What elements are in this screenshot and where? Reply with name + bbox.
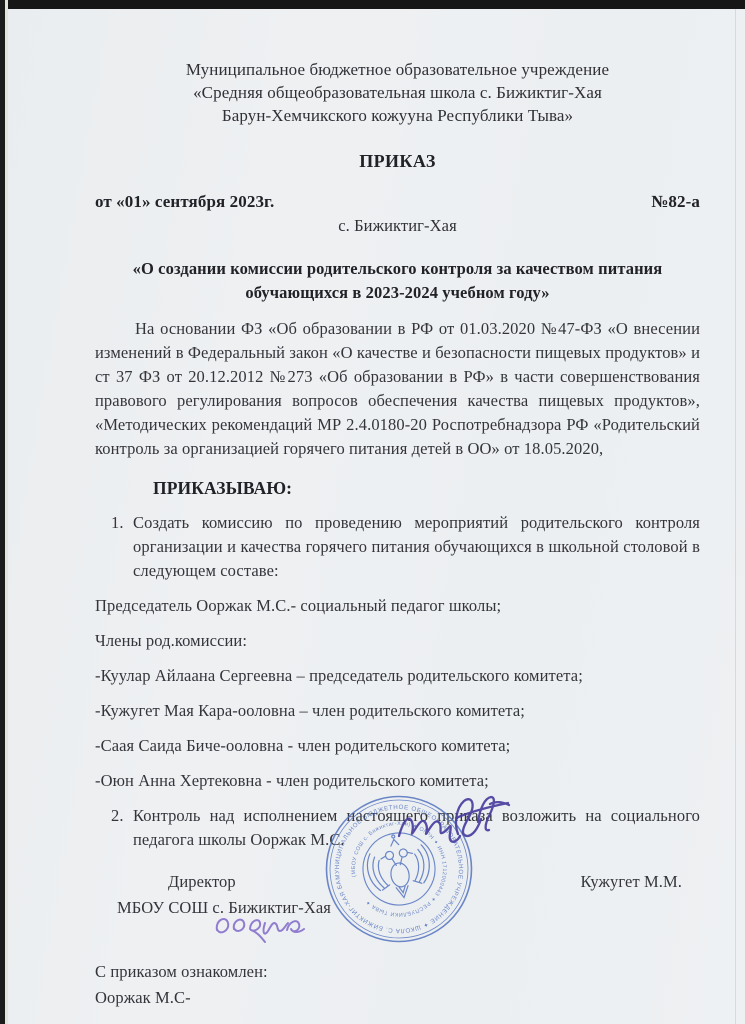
doc-subject: «О создании комиссии родительского контр…	[95, 257, 700, 305]
org-line: Муниципальное бюджетное образовательное …	[95, 58, 700, 81]
order-item-1: 1. Создать комиссию по проведению меропр…	[95, 511, 700, 583]
commission-members-label: Члены род.комиссии:	[95, 629, 700, 653]
acknowledgement-name: Ооржак М.С-	[95, 986, 700, 1010]
commission-member: -Кужугет Мая Кара-ооловна – член родител…	[95, 699, 700, 723]
acknowledgement-label: С приказом ознакомлен:	[95, 960, 700, 984]
org-line: Барун-Хемчикского кожууна Республики Тыв…	[95, 104, 700, 127]
doc-place: с. Бижиктиг-Хая	[95, 214, 700, 238]
signer-title: Директор	[95, 870, 236, 894]
commission-chair: Председатель Ооржак М.С.- социальный пед…	[95, 594, 700, 618]
commission-member: -Саая Саида Биче-ооловна - член родитель…	[95, 734, 700, 758]
oorzhak-signature-ink	[207, 908, 311, 950]
commission-member: -Куулар Айлаана Сергеевна – председатель…	[95, 664, 700, 688]
org-line: «Средняя общеобразовательная школа с. Би…	[95, 81, 700, 104]
scanned-page: Муниципальное бюджетное образовательное …	[0, 0, 745, 1024]
item-number: 2.	[111, 804, 124, 828]
organization-header: Муниципальное бюджетное образовательное …	[95, 58, 700, 127]
scan-border-top	[0, 0, 745, 9]
paper-edge-highlight	[5, 0, 8, 1024]
paper-edge-right	[735, 9, 736, 1024]
doc-date: от «01» сентября 2023г.	[95, 190, 274, 214]
preamble-paragraph: На основании ФЗ «Об образовании в РФ от …	[95, 317, 700, 461]
doc-number: №82-а	[651, 190, 700, 214]
signer-name: Кужугет М.М.	[581, 870, 700, 894]
resolution-word: ПРИКАЗЫВАЮ:	[153, 476, 700, 500]
item-text: Создать комиссию по проведению мероприят…	[133, 513, 700, 580]
item-number: 1.	[111, 511, 124, 535]
doc-type-title: ПРИКАЗ	[95, 149, 700, 173]
date-number-row: от «01» сентября 2023г. №82-а	[95, 190, 700, 214]
director-signature-ink	[392, 790, 514, 852]
acknowledgement-block: С приказом ознакомлен: Ооржак М.С-	[95, 960, 700, 1010]
